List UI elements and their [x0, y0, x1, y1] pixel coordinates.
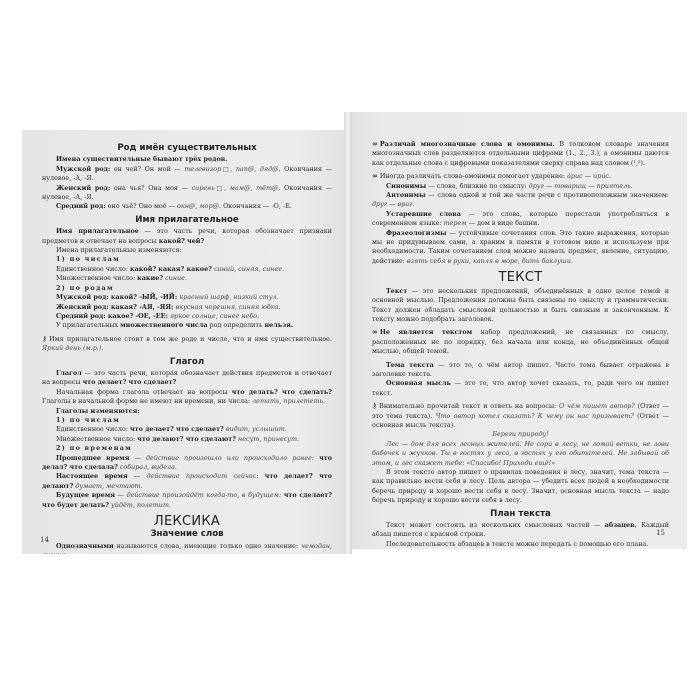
- plan-sequence: Последовательность абзацев в тексте можн…: [372, 540, 669, 549]
- neuter-rule: Средний род: оно чьё? Оно моё — окн@, мо…: [42, 202, 332, 211]
- sample-text: Лес — дом для всех лесных жителей. Не со…: [372, 440, 669, 468]
- text-definition: Текст — это нескольких предложений, объе…: [372, 287, 669, 325]
- reading-tip: ⚷Внимательно прочитай текст и ответь на …: [372, 402, 669, 430]
- archaic-words-definition: Устаревшие слова — это слова, которые пе…: [372, 210, 669, 229]
- masculine-rule: Мужской род: он чей? Он мой — телевизор□…: [42, 165, 332, 184]
- infinity-icon: ∞: [372, 140, 378, 148]
- verb-by-number-label: 1) по числам: [42, 416, 332, 425]
- verb-past: Прошедшее время — действие произошло или…: [42, 454, 332, 473]
- phraseologisms-definition: Фразеологизмы — устойчивые сочетания сло…: [372, 229, 669, 267]
- verb-future: Будущее время — действие произойдёт когд…: [42, 491, 332, 510]
- open-book: Род имён существительных Имена существит…: [22, 130, 686, 568]
- sample-title: Береги природу!: [372, 430, 669, 439]
- right-page: ∞Различай многозначные слова и омонимы. …: [352, 112, 687, 549]
- heading-word-meaning: Значение слов: [42, 530, 332, 539]
- adjective-by-gender-label: 2) по родам: [42, 284, 332, 293]
- page-number-left: 14: [40, 536, 49, 544]
- stress-rule: ∞Иногда различать слова-омонимы помогает…: [372, 172, 669, 181]
- adjective-neuter: Средний род: какое? -ОЕ, -ЕЕ: яркое солн…: [42, 312, 332, 321]
- infinity-icon: ∞: [372, 172, 378, 180]
- left-page-content: Род имён существительных Имена существит…: [42, 140, 332, 554]
- adjective-by-number-label: 1) по числам: [42, 255, 332, 264]
- verb-by-tense-label: 2) по временам: [42, 444, 332, 453]
- infinity-icon: ∞: [372, 328, 378, 336]
- adjective-feminine: Женский род: какая? -АЯ, -ЯЯ: вкусная че…: [42, 303, 332, 312]
- main-idea-definition: Основная мысль — это то, что автор хочет…: [372, 379, 669, 398]
- verb-changes: Глаголы изменяются:: [42, 407, 332, 416]
- plan-paragraphs: Текст может состоять из нескольких смысл…: [372, 521, 669, 540]
- adjective-masculine: Мужской род: какой? -ЫЙ, -ИЙ: красный ша…: [42, 293, 332, 302]
- adjective-plural: Множественное число: какие? синие.: [42, 274, 332, 283]
- adjective-singular: Единственное число: какой? какая? какое?…: [42, 265, 332, 274]
- key-icon: ⚷: [372, 402, 377, 410]
- right-page-content: ∞Различай многозначные слова и омонимы. …: [372, 140, 669, 549]
- adjective-plural-note: У прилагательных множественного числа ро…: [42, 321, 332, 330]
- page-number-right: 15: [656, 529, 665, 537]
- heading-text-plan: План текста: [372, 510, 669, 519]
- heading-text: ТЕКСТ: [372, 273, 669, 282]
- antonyms-definition: Антонимы — слова одной и той же части ре…: [372, 191, 669, 210]
- left-page: Род имён существительных Имена существит…: [22, 130, 344, 554]
- verb-infinitive: Начальная форма глагола отвечает на вопр…: [42, 388, 332, 407]
- monosemous-definition: Однозначными называются слова, имеющие т…: [42, 542, 332, 554]
- sample-analysis: В этом тексте автор пишет о правилах пов…: [372, 468, 669, 506]
- heading-adjective: Имя прилагательное: [42, 216, 332, 225]
- adjective-definition: Имя прилагательное — это часть речи, кот…: [42, 227, 332, 246]
- synonyms-definition: Синонимы — слова, близкие по смыслу: дру…: [372, 182, 669, 191]
- verb-singular: Единственное число: что делает? что сдел…: [42, 425, 332, 434]
- heading-noun-gender: Род имён существительных: [42, 144, 332, 153]
- adjective-changes: Имена прилагательные изменяются:: [42, 246, 332, 255]
- adjective-tip: ⚷Имя прилагательное стоит в том же роде …: [42, 335, 332, 354]
- heading-lexicon: ЛЕКСИКА: [42, 517, 332, 526]
- heading-verb: Глагол: [42, 358, 332, 367]
- noun-intro: Имена существительные бывают трёх родов.: [42, 155, 332, 164]
- feminine-rule: Женский род: она чья? Она моя — сирень□,…: [42, 184, 332, 203]
- theme-definition: Тема текста — это то, о чём автор пишет.…: [372, 361, 669, 380]
- not-text-rule: ∞Не является текстом набор предложений, …: [372, 328, 669, 356]
- book-spine: [344, 112, 352, 554]
- verb-definition: Глагол — это часть речи, которая обознач…: [42, 369, 332, 388]
- verb-plural: Множественное число: что делают? что сде…: [42, 435, 332, 444]
- verb-present: Настоящее время — действие происходит се…: [42, 472, 332, 491]
- distinguish-rule: ∞Различай многозначные слова и омонимы. …: [372, 140, 669, 168]
- key-icon: ⚷: [42, 335, 47, 343]
